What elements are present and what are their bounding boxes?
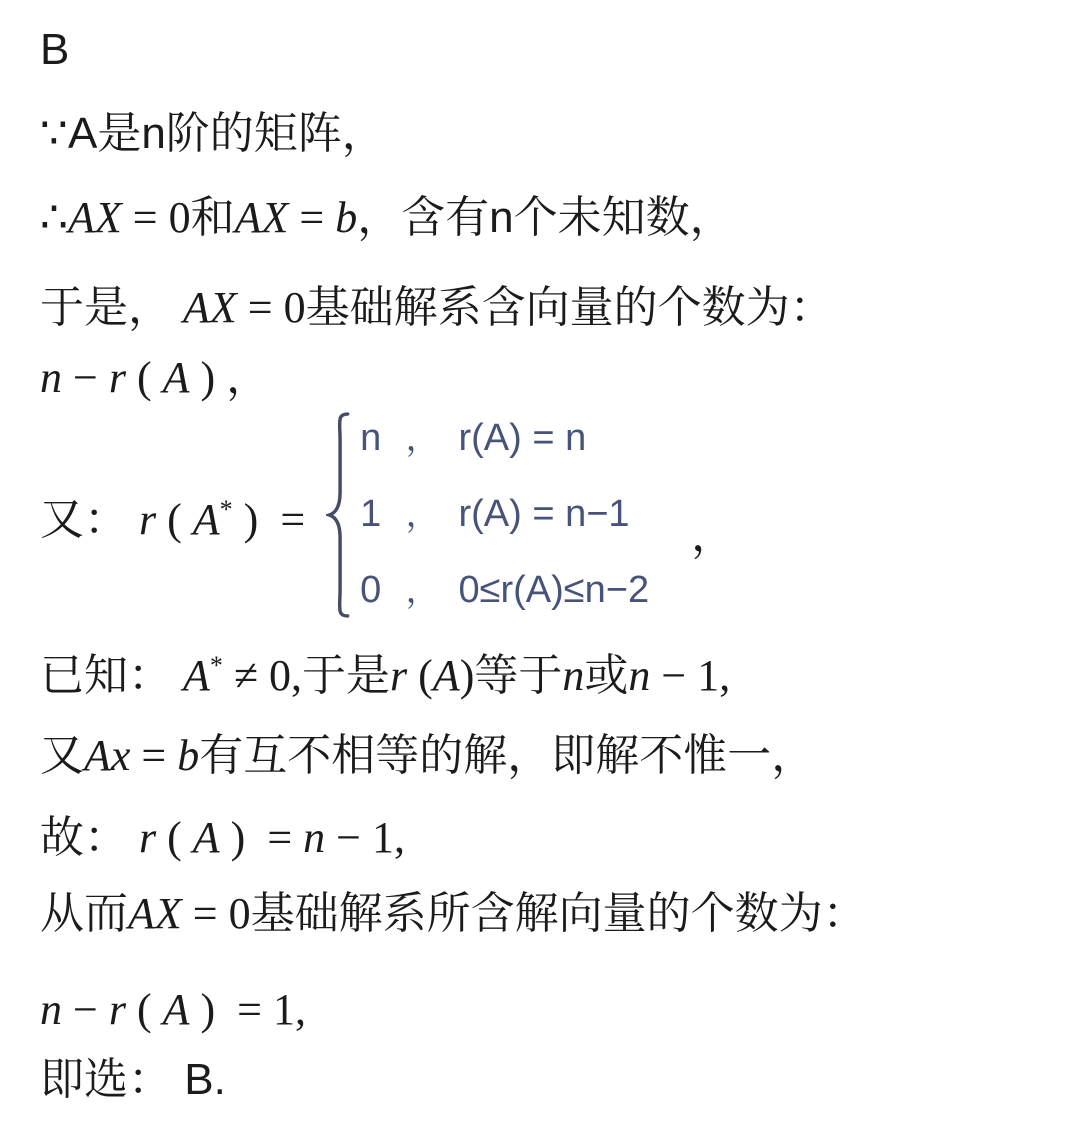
text-segment: ( [126, 353, 163, 402]
text-segment: ( [156, 813, 193, 862]
text-segment: 基础解系含向量的个数为： [306, 283, 834, 332]
line-n-minus-r-a: n − r ( A ) ， [40, 350, 270, 405]
text-segment: n [40, 353, 62, 402]
solution-page: B ∵A是n阶的矩阵， ∴AX = 0和AX = b，含有n个未知数， 于是， … [0, 0, 1080, 1134]
case-value: n [360, 418, 396, 460]
case-separator: ， [396, 572, 458, 610]
case-row: 1 ， r(A) = n−1 [360, 494, 649, 536]
text-segment: − 1, [650, 651, 730, 700]
text-segment: ≠ 0, [223, 651, 302, 700]
text-segment: b [335, 193, 357, 242]
case-value: 1 [360, 494, 396, 536]
text-segment: 于是 [302, 651, 390, 700]
text-segment: A [163, 985, 190, 1034]
case-condition: r(A) = n−1 [458, 493, 629, 535]
text-segment: ( [156, 495, 193, 544]
text-segment: 从而 [40, 889, 128, 938]
text-segment: * [220, 495, 233, 524]
text-segment: n [303, 813, 325, 862]
case-row: n ， r(A) = n [360, 418, 649, 460]
text-segment: b [177, 731, 199, 780]
text-segment: r [109, 985, 126, 1034]
case-value: 0 [360, 570, 396, 612]
text-segment: 基础解系所含解向量的个数为： [251, 889, 867, 938]
text-segment: − 1, [325, 813, 405, 862]
text-segment: AX [68, 193, 122, 242]
text-segment: 等于 [474, 651, 562, 700]
text-segment: A [193, 813, 220, 862]
text-segment: B [40, 25, 69, 74]
cases-rows: n ， r(A) = n1 ， r(A) = n−10 ， 0≤r(A)≤n−2 [360, 418, 649, 611]
text-segment: 或 [584, 651, 628, 700]
line-thus-basis-count: 从而AX = 0基础解系所含解向量的个数为： [40, 886, 867, 941]
text-segment: 又： [40, 495, 128, 544]
text-segment: − [62, 353, 109, 402]
text-segment: − [62, 985, 109, 1034]
text-segment: = [130, 731, 177, 780]
text-segment: r [390, 651, 407, 700]
text-segment: AX [183, 283, 237, 332]
text-segment: n [562, 651, 584, 700]
case-condition: r(A) = n [458, 417, 586, 459]
text-segment: A [183, 651, 210, 700]
text-segment: 故： [40, 813, 128, 862]
text-segment: ∴ [40, 193, 68, 242]
case-condition: 0≤r(A)≤n−2 [458, 569, 649, 611]
text-segment: = [288, 193, 335, 242]
line-because-premise: ∵A是n阶的矩阵， [40, 106, 386, 161]
text-segment: n [628, 651, 650, 700]
answer-letter: B [40, 22, 69, 77]
text-segment: = 0 [182, 889, 251, 938]
text-segment: AX [235, 193, 289, 242]
text-segment: r [139, 813, 156, 862]
case-separator: ， [396, 496, 458, 534]
text-segment: r [109, 353, 126, 402]
text-segment: A [433, 651, 460, 700]
case-separator: ， [396, 420, 458, 458]
line-hence-rank: 故： r ( A ) = n − 1, [40, 810, 405, 865]
text-segment: 有互不相等的解，即解不惟一， [199, 731, 815, 780]
text-segment: r [139, 495, 156, 544]
line-therefore-unknowns: ∴AX = 0和AX = b，含有n个未知数， [40, 190, 734, 245]
text-segment [128, 813, 139, 862]
text-segment: Ax [84, 731, 130, 780]
text-segment [172, 651, 183, 700]
text-segment: ( [126, 985, 163, 1034]
line-unequal-solutions: 又Ax = b有互不相等的解，即解不惟一， [40, 728, 815, 783]
line-known-adjugate: 已知： A* ≠ 0,于是r (A)等于n或n − 1, [40, 648, 730, 703]
text-segment: AX [128, 889, 182, 938]
text-segment: ，含有n个未知数， [357, 193, 733, 242]
text-segment: n [40, 985, 62, 1034]
cases-tail-comma: ， [691, 499, 735, 563]
text-segment: A [193, 495, 220, 544]
text-segment: ) [460, 651, 475, 700]
text-segment: = 0 [237, 283, 306, 332]
line-count-equals-one: n − r ( A ) = 1, [40, 982, 306, 1037]
text-segment: 和 [191, 193, 235, 242]
text-segment: 于是， [40, 283, 172, 332]
text-segment: * [210, 651, 223, 680]
text-segment [172, 283, 183, 332]
text-segment: = 0 [122, 193, 191, 242]
text-segment: ) = [220, 813, 303, 862]
line-final-choice: 即选： B. [40, 1052, 226, 1107]
text-segment: ) = 1, [190, 985, 306, 1034]
cases-lead: 又： r ( A* ) = [40, 483, 316, 547]
text-segment: 已知： [40, 651, 172, 700]
text-segment: ) [190, 353, 227, 402]
text-segment: 即选： B. [40, 1055, 226, 1104]
text-segment: 又 [40, 731, 84, 780]
text-segment: ( [407, 651, 433, 700]
left-brace-icon [326, 412, 352, 618]
text-segment: ) = [233, 495, 316, 544]
text-segment: A [163, 353, 190, 402]
text-segment [128, 495, 139, 544]
text-segment: ∵A是n阶的矩阵， [40, 109, 386, 158]
cases-equation: 又： r ( A* ) = n ， r(A) = n1 ， r(A) = n−1… [40, 412, 735, 618]
line-basis-count-intro: 于是， AX = 0基础解系含向量的个数为： [40, 280, 834, 335]
text-segment: ， [226, 353, 270, 402]
case-row: 0 ， 0≤r(A)≤n−2 [360, 570, 649, 612]
